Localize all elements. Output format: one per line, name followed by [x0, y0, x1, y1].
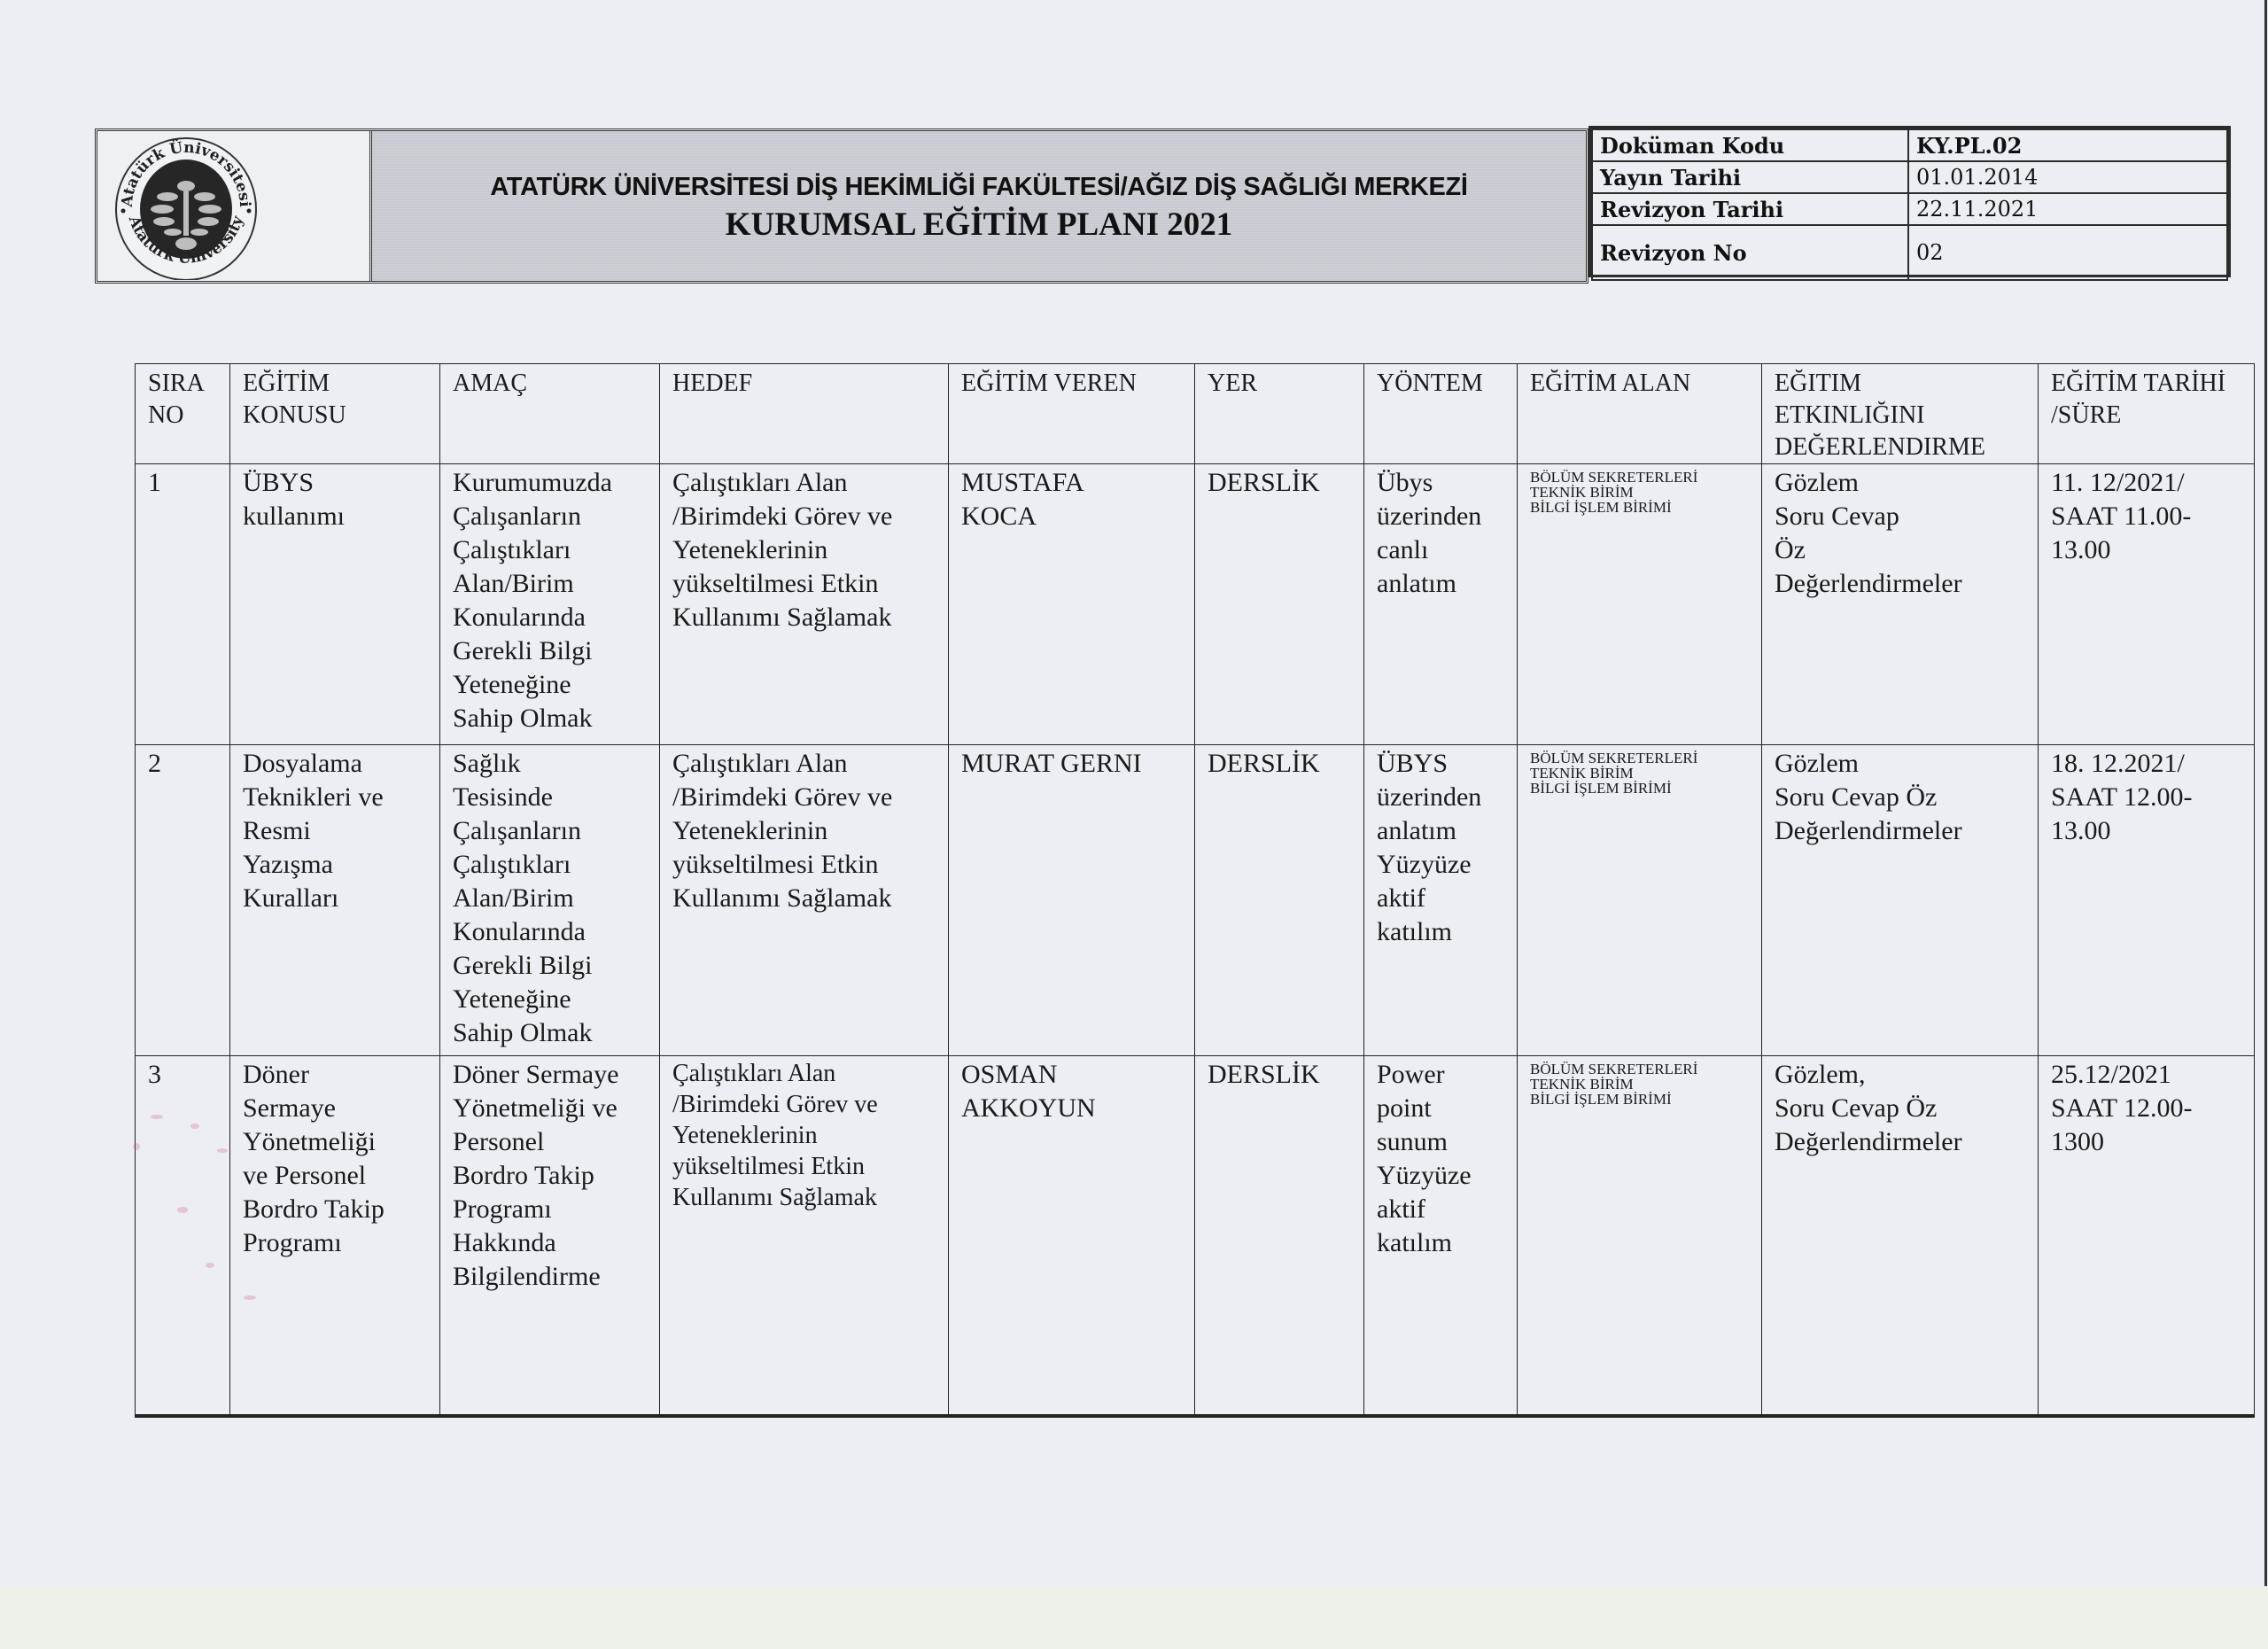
- yer-cell: DERSLİK: [1195, 745, 1364, 1056]
- cell-line: 1300: [2051, 1125, 2241, 1159]
- document-info-table: Doküman Kodu KY.PL.02 Yayın Tarihi 01.01…: [1588, 126, 2231, 277]
- header-line: SIRA: [148, 368, 217, 400]
- cell-line: aktif: [1377, 1193, 1504, 1226]
- header-line: EĞİTİM ALAN: [1530, 368, 1749, 400]
- tarih-sure-cell: 25.12/2021SAAT 12.00-1300: [2039, 1056, 2255, 1417]
- cell-line: Kullanımı Sağlamak: [672, 882, 936, 915]
- cell-line: Gerekli Bilgi: [453, 949, 647, 983]
- cell-line: Soru Cevap Öz: [1775, 781, 2025, 814]
- amac-cell: KurumumuzdaÇalışanlarınÇalıştıklarıAlan/…: [440, 464, 660, 745]
- amac-cell: SağlıkTesisindeÇalışanlarınÇalıştıklarıA…: [440, 745, 660, 1056]
- header-line: ETKINLIĞINI: [1775, 400, 2025, 432]
- cell-line: OSMAN: [961, 1058, 1182, 1092]
- cell-line: katılım: [1377, 915, 1504, 949]
- col-degerlendirme-header: EĞITIMETKINLIĞINIDEĞERLENDIRME: [1762, 364, 2039, 464]
- cell-line: Sağlık: [453, 747, 647, 781]
- header-line: HEDEF: [672, 368, 936, 400]
- cell-line: Power: [1377, 1058, 1504, 1092]
- cell-line: MUSTAFA: [961, 466, 1182, 500]
- cell-line: canlı: [1377, 533, 1504, 567]
- cell-line: Değerlendirmeler: [1775, 1125, 2025, 1159]
- cell-line: 18. 12.2021/: [2051, 747, 2241, 781]
- col-egitim-konusu-header: EĞİTİMKONUSU: [230, 364, 440, 464]
- cell-line: 25.12/2021: [2051, 1058, 2241, 1092]
- cell-line: BİLGİ İŞLEM BİRİMİ: [1530, 1092, 1749, 1107]
- cell-line: Çalıştıkları Alan: [672, 1058, 936, 1089]
- cell-line: 11. 12/2021/: [2051, 466, 2241, 500]
- cell-line: /Birimdeki Görev ve: [672, 500, 936, 533]
- col-hedef-header: HEDEF: [660, 364, 949, 464]
- doc-info-row: Yayın Tarihi 01.01.2014: [1592, 161, 2227, 193]
- tarih-sure-cell: 11. 12/2021/SAAT 11.00-13.00: [2039, 464, 2255, 745]
- cell-line: Alan/Birim: [453, 567, 647, 601]
- cell-line: Programı: [453, 1193, 647, 1226]
- institution-name: ATATÜRK ÜNİVERSİTESİ DİŞ HEKİMLİĞİ FAKÜL…: [490, 173, 1467, 202]
- cell-line: point: [1377, 1092, 1504, 1125]
- title-band: ATATÜRK ÜNİVERSİTESİ DİŞ HEKİMLİĞİ FAKÜL…: [372, 131, 1586, 281]
- cell-line: anlatım: [1377, 567, 1504, 601]
- cell-line: AKKOYUN: [961, 1092, 1182, 1125]
- table-row: 3DönerSermayeYönetmeliğive PersonelBordr…: [136, 1056, 2255, 1417]
- header-line: KONUSU: [243, 400, 427, 432]
- cell-line: Kullanımı Sağlamak: [672, 601, 936, 634]
- cell-line: sunum: [1377, 1125, 1504, 1159]
- cell-line: Hakkında: [453, 1226, 647, 1260]
- cell-line: Konularında: [453, 601, 647, 634]
- cell-line: anlatım: [1377, 814, 1504, 848]
- cell-line: kullanımı: [243, 500, 427, 533]
- egitim-alan-cell: BÖLÜM SEKRETERLERİTEKNİK BİRİMBİLGİ İŞLE…: [1518, 1056, 1762, 1417]
- cell-line: /Birimdeki Görev ve: [672, 1089, 936, 1120]
- amac-cell: Döner SermayeYönetmeliği vePersonelBordr…: [440, 1056, 660, 1417]
- tarih-sure-cell: 18. 12.2021/SAAT 12.00-13.00: [2039, 745, 2255, 1056]
- yontem-cell: PowerpointsunumYüzyüzeaktifkatılım: [1364, 1056, 1518, 1417]
- cell-line: Alan/Birim: [453, 882, 647, 915]
- header-line: EĞİTİM: [243, 368, 427, 400]
- cell-line: Yeteneğine: [453, 983, 647, 1016]
- cell-line: aktif: [1377, 882, 1504, 915]
- cell-line: Soru Cevap Öz: [1775, 1092, 2025, 1125]
- cell-line: Döner: [243, 1058, 427, 1092]
- cell-line: Kuralları: [243, 882, 427, 915]
- col-egitim-veren-header: EĞİTİM VEREN: [949, 364, 1195, 464]
- header-line: EĞİTİM TARİHİ: [2051, 368, 2241, 400]
- doc-info-row: Revizyon Tarihi 22.11.2021: [1592, 193, 2227, 225]
- yontem-cell: Übysüzerindencanlıanlatım: [1364, 464, 1518, 745]
- cell-line: Gözlem: [1775, 466, 2025, 500]
- cell-line: Teknikleri ve: [243, 781, 427, 814]
- cell-line: Kurumumuzda: [453, 466, 647, 500]
- egitim-alan-cell: BÖLÜM SEKRETERLERİTEKNİK BİRİMBİLGİ İŞLE…: [1518, 464, 1762, 745]
- hedef-cell: Çalıştıkları Alan/Birimdeki Görev veYete…: [660, 464, 949, 745]
- cell-line: SAAT 12.00-: [2051, 781, 2241, 814]
- sira-no-cell: 1: [136, 464, 230, 745]
- cell-line: Yeteneklerinin: [672, 814, 936, 848]
- cell-line: TEKNİK BİRİM: [1530, 485, 1749, 500]
- cell-line: TEKNİK BİRİM: [1530, 766, 1749, 781]
- cell-line: Resmi: [243, 814, 427, 848]
- cell-line: Dosyalama: [243, 747, 427, 781]
- degerlendirme-cell: Gözlem, Soru Cevap ÖzDeğerlendirmeler: [1762, 1056, 2039, 1417]
- table-row: 2DosyalamaTeknikleri veResmiYazışmaKural…: [136, 745, 2255, 1056]
- hedef-cell: Çalıştıkları Alan/Birimdeki Görev veYete…: [660, 745, 949, 1056]
- col-tarih-sure-header: EĞİTİM TARİHİ/SÜRE: [2039, 364, 2255, 464]
- header-line: /SÜRE: [2051, 400, 2241, 432]
- egitim-veren-cell: OSMANAKKOYUN: [949, 1056, 1195, 1417]
- cell-line: Kullanımı Sağlamak: [672, 1182, 936, 1213]
- cell-line: Yeteneğine: [453, 668, 647, 702]
- cell-line: yükseltilmesi Etkin: [672, 567, 936, 601]
- header-line: YER: [1208, 368, 1351, 400]
- cell-line: Çalıştıkları Alan: [672, 747, 936, 781]
- cell-line: TEKNİK BİRİM: [1530, 1077, 1749, 1092]
- cell-line: KOCA: [961, 500, 1182, 533]
- cell-line: Bordro Takip: [243, 1193, 427, 1226]
- yontem-cell: ÜBYSüzerindenanlatımYüzyüzeaktifkatılım: [1364, 745, 1518, 1056]
- doc-info-value: 22.11.2021: [1908, 193, 2227, 225]
- cell-line: Yönetmeliği: [243, 1125, 427, 1159]
- col-amac-header: AMAÇ: [440, 364, 660, 464]
- document-header: Atatürk Üniversitesi Atatürk University …: [95, 128, 1588, 284]
- cell-line: BÖLÜM SEKRETERLERİ: [1530, 751, 1749, 766]
- cell-line: Soru Cevap: [1775, 500, 2025, 533]
- cell-line: 13.00: [2051, 814, 2241, 848]
- header-line: AMAÇ: [453, 368, 647, 400]
- cell-line: katılım: [1377, 1226, 1504, 1260]
- cell-line: Çalıştıkları Alan: [672, 466, 936, 500]
- cell-line: Sermaye: [243, 1092, 427, 1125]
- header-line: EĞİTİM VEREN: [961, 368, 1182, 400]
- cell-line: Çalıştıkları: [453, 533, 647, 567]
- cell-line: ÜBYS: [1377, 747, 1504, 781]
- col-yontem-header: YÖNTEM: [1364, 364, 1518, 464]
- cell-line: Gözlem,: [1775, 1058, 2025, 1092]
- logo-cell: Atatürk Üniversitesi Atatürk University: [97, 131, 372, 281]
- cell-line: Döner Sermaye: [453, 1058, 647, 1092]
- col-egitim-alan-header: EĞİTİM ALAN: [1518, 364, 1762, 464]
- doc-info-value: 02: [1908, 225, 2227, 280]
- cell-line: ve Personel: [243, 1159, 427, 1193]
- egitim-alan-cell: BÖLÜM SEKRETERLERİTEKNİK BİRİMBİLGİ İŞLE…: [1518, 745, 1762, 1056]
- col-sira-no-header: SIRANO: [136, 364, 230, 464]
- table-row: 1ÜBYSkullanımıKurumumuzdaÇalışanlarınÇal…: [136, 464, 2255, 745]
- cell-line: Konularında: [453, 915, 647, 949]
- cell-line: Programı: [243, 1226, 427, 1260]
- sira-no-cell: 3: [136, 1056, 230, 1417]
- cell-line: Bordro Takip: [453, 1159, 647, 1193]
- cell-line: Bilgilendirme: [453, 1260, 647, 1294]
- cell-line: Gerekli Bilgi: [453, 634, 647, 668]
- cell-line: MURAT GERNI: [961, 747, 1182, 781]
- col-yer-header: YER: [1195, 364, 1364, 464]
- cell-line: Öz: [1775, 533, 2025, 567]
- cell-line: Yüzyüze: [1377, 848, 1504, 882]
- cell-line: üzerinden: [1377, 781, 1504, 814]
- doc-info-label: Doküman Kodu: [1592, 129, 1908, 161]
- cell-line: Tesisinde: [453, 781, 647, 814]
- doc-info-label: Yayın Tarihi: [1592, 161, 1908, 193]
- cell-line: Çalışanların: [453, 814, 647, 848]
- doc-info-row: Revizyon No 02: [1592, 225, 2227, 280]
- cell-line: Gözlem: [1775, 747, 2025, 781]
- doc-info-value: 01.01.2014: [1908, 161, 2227, 193]
- doc-info-value: KY.PL.02: [1908, 129, 2227, 161]
- doc-info-label: Revizyon No: [1592, 225, 1908, 280]
- cell-line: SAAT 11.00-: [2051, 500, 2241, 533]
- cell-line: üzerinden: [1377, 500, 1504, 533]
- cell-line: Sahip Olmak: [453, 702, 647, 735]
- cell-line: yükseltilmesi Etkin: [672, 848, 936, 882]
- degerlendirme-cell: GözlemSoru Cevap ÖzDeğerlendirmeler: [1762, 745, 2039, 1056]
- training-plan-table: SIRANOEĞİTİMKONUSUAMAÇHEDEFEĞİTİM VERENY…: [135, 363, 2255, 1418]
- egitim-konusu-cell: DönerSermayeYönetmeliğive PersonelBordro…: [230, 1056, 440, 1417]
- cell-line: Yüzyüze: [1377, 1159, 1504, 1193]
- cell-line: Yeteneklerinin: [672, 1120, 936, 1151]
- cell-line: Yönetmeliği ve: [453, 1092, 647, 1125]
- cell-line: BİLGİ İŞLEM BİRİMİ: [1530, 500, 1749, 515]
- plan-title: KURUMSAL EĞİTİM PLANI 2021: [726, 206, 1233, 244]
- doc-info-label: Revizyon Tarihi: [1592, 193, 1908, 225]
- cell-line: 13.00: [2051, 533, 2241, 567]
- cell-line: BİLGİ İŞLEM BİRİMİ: [1530, 781, 1749, 796]
- header-line: EĞITIM: [1775, 368, 2025, 400]
- cell-line: SAAT 12.00-: [2051, 1092, 2241, 1125]
- cell-line: ÜBYS: [243, 466, 427, 500]
- hedef-cell: Çalıştıkları Alan/Birimdeki Görev veYete…: [660, 1056, 949, 1417]
- cell-line: Yazışma: [243, 848, 427, 882]
- yer-cell: DERSLİK: [1195, 464, 1364, 745]
- table-header-row: SIRANOEĞİTİMKONUSUAMAÇHEDEFEĞİTİM VERENY…: [136, 364, 2255, 464]
- egitim-konusu-cell: ÜBYSkullanımı: [230, 464, 440, 745]
- cell-line: Değerlendirmeler: [1775, 567, 2025, 601]
- header-line: YÖNTEM: [1377, 368, 1504, 400]
- header-line: DEĞERLENDIRME: [1775, 432, 2025, 463]
- cell-line: Çalıştıkları: [453, 848, 647, 882]
- degerlendirme-cell: GözlemSoru CevapÖzDeğerlendirmeler: [1762, 464, 2039, 745]
- cell-line: Sahip Olmak: [453, 1016, 647, 1050]
- egitim-veren-cell: MUSTAFAKOCA: [949, 464, 1195, 745]
- header-line: NO: [148, 400, 217, 432]
- egitim-veren-cell: MURAT GERNI: [949, 745, 1195, 1056]
- cell-line: yükseltilmesi Etkin: [672, 1151, 936, 1182]
- cell-line: Übys: [1377, 466, 1504, 500]
- cell-line: BÖLÜM SEKRETERLERİ: [1530, 470, 1749, 485]
- cell-line: /Birimdeki Görev ve: [672, 781, 936, 814]
- cell-line: Değerlendirmeler: [1775, 814, 2025, 848]
- cell-line: Çalışanların: [453, 500, 647, 533]
- doc-info-row: Doküman Kodu KY.PL.02: [1592, 129, 2227, 161]
- cell-line: Personel: [453, 1125, 647, 1159]
- egitim-konusu-cell: DosyalamaTeknikleri veResmiYazışmaKurall…: [230, 745, 440, 1056]
- cell-line: Yeteneklerinin: [672, 533, 936, 567]
- sira-no-cell: 2: [136, 745, 230, 1056]
- university-seal-icon: Atatürk Üniversitesi Atatürk University: [113, 133, 260, 280]
- yer-cell: DERSLİK: [1195, 1056, 1364, 1417]
- cell-line: BÖLÜM SEKRETERLERİ: [1530, 1062, 1749, 1077]
- scanned-page: Atatürk Üniversitesi Atatürk University …: [0, 0, 2267, 1586]
